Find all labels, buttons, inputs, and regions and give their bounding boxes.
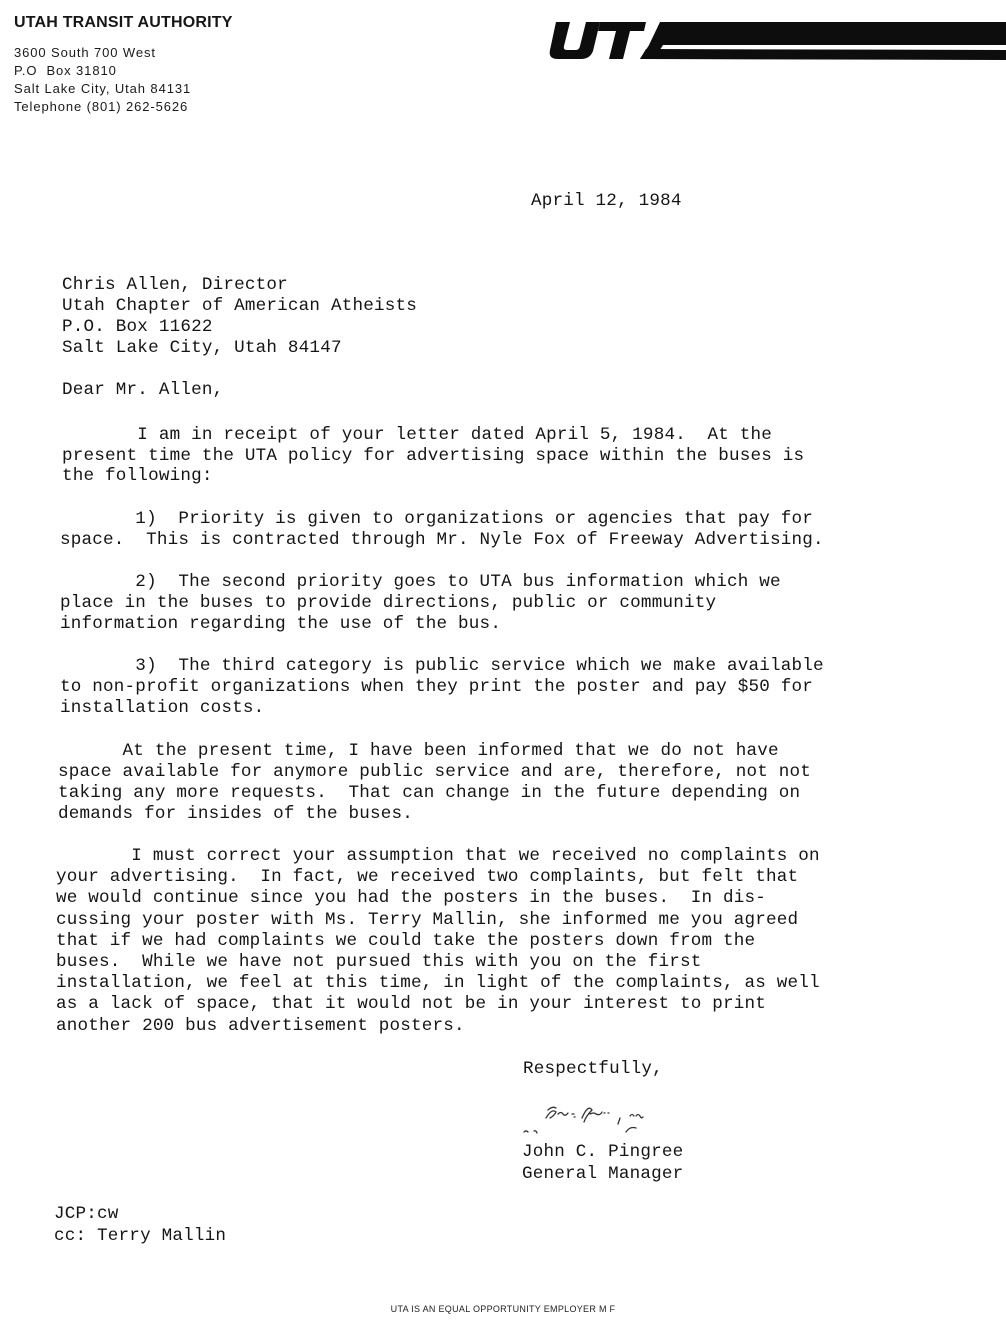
body-line: I am in receipt of your letter dated Apr… [62,425,772,446]
uta-logo-icon [548,18,1006,64]
organization-name: UTAH TRANSIT AUTHORITY [14,14,233,32]
equal-opportunity-footer: UTA IS AN EQUAL OPPORTUNITY EMPLOYER M F [0,1304,1006,1314]
reference-initials: JCP:cw [54,1204,119,1225]
address-line: Salt Lake City, Utah 84131 [14,80,191,98]
carbon-copy: cc: Terry Mallin [54,1226,226,1247]
body-line: At the present time, I have been informe… [58,741,779,762]
recipient-line: Salt Lake City, Utah 84147 [62,338,342,359]
body-line: 3) The third category is public service … [60,656,824,677]
body-line: installation, we feel at this time, in l… [56,973,820,994]
body-line: to non-profit organizations when they pr… [60,677,813,698]
address-line: Telephone (801) 262-5626 [14,98,191,116]
body-line: place in the buses to provide directions… [60,593,716,614]
body-line: buses. While we have not pursued this wi… [56,952,701,973]
body-line: present time the UTA policy for advertis… [62,446,804,467]
body-line: the following: [62,466,213,487]
body-line: installation costs. [60,698,264,719]
letter-date: April 12, 1984 [531,191,682,212]
address-line: 3600 South 700 West [14,44,191,62]
body-line: 2) The second priority goes to UTA bus i… [60,572,781,593]
body-line: as a lack of space, that it would not be… [56,994,766,1015]
body-line: space. This is contracted through Mr. Ny… [60,530,824,551]
recipient-line: Utah Chapter of American Atheists [62,296,417,317]
body-line: we would continue since you had the post… [56,888,766,909]
recipient-line: P.O. Box 11622 [62,317,213,338]
body-line: another 200 bus advertisement posters. [56,1016,465,1037]
salutation: Dear Mr. Allen, [62,380,223,401]
signature-icon [518,1096,748,1146]
body-line: demands for insides of the buses. [58,804,413,825]
signer-name: John C. Pingree [522,1142,683,1163]
organization-address: 3600 South 700 West P.O Box 31810 Salt L… [14,44,191,116]
body-line: I must correct your assumption that we r… [56,846,820,867]
body-line: 1) Priority is given to organizations or… [60,509,813,530]
body-line: your advertising. In fact, we received t… [56,867,798,888]
closing: Respectfully, [523,1059,663,1080]
body-line: information regarding the use of the bus… [60,614,501,635]
body-line: that if we had complaints we could take … [56,931,755,952]
body-line: cussing your poster with Ms. Terry Malli… [56,910,798,931]
recipient-line: Chris Allen, Director [62,275,288,296]
body-line: taking any more requests. That can chang… [58,783,800,804]
address-line: P.O Box 31810 [14,62,191,80]
signer-title: General Manager [522,1164,683,1185]
body-line: space available for anymore public servi… [58,762,811,783]
